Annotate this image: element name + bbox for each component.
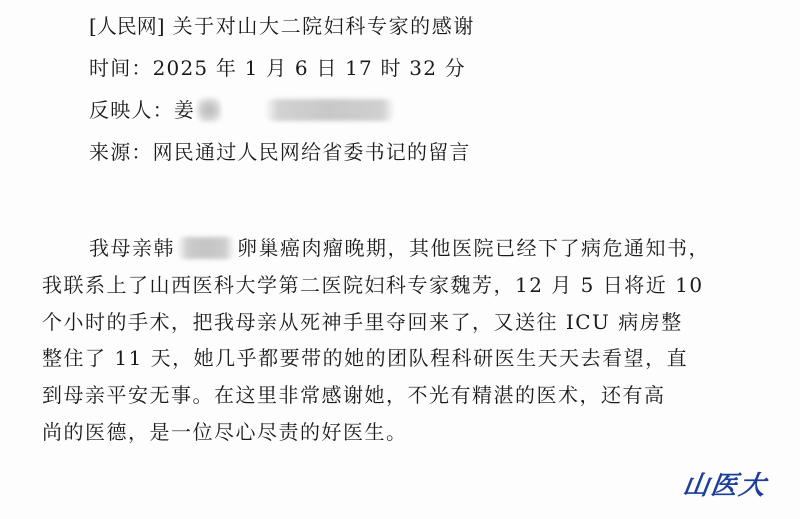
time-label: 时间： xyxy=(89,56,153,80)
origin-label: 来源： xyxy=(89,140,153,164)
title-text: 关于对山大二院妇科专家的感谢 xyxy=(173,14,475,38)
redacted-phone xyxy=(265,99,395,121)
redacted-patient-name xyxy=(177,237,235,259)
document-page: [人民网] 关于对山大二院妇科专家的感谢 时间：2025 年 1 月 6 日 1… xyxy=(0,0,800,519)
body-line: 到母亲平安无事。在这里非常感谢她，不光有精湛的医术，还有高 xyxy=(42,377,742,414)
reporter-label: 反映人： xyxy=(89,98,174,122)
letter-title: [人民网] 关于对山大二院妇科专家的感谢 xyxy=(89,10,749,52)
reporter-row: 反映人：姜 xyxy=(89,94,749,136)
body-line: 我联系上了山西医科大学第二医院妇科专家魏芳，12 月 5 日将近 10 xyxy=(42,267,742,304)
origin-row: 来源：网民通过人民网给省委书记的留言 xyxy=(89,136,749,178)
redacted-name xyxy=(197,98,221,122)
watermark-logo: 山医大 xyxy=(681,469,776,503)
origin-value: 网民通过人民网给省委书记的留言 xyxy=(153,140,471,164)
letter-header: [人民网] 关于对山大二院妇科专家的感谢 时间：2025 年 1 月 6 日 1… xyxy=(89,10,749,178)
body-line: 个小时的手术，把我母亲从死神手里夺回来了，又送往 ICU 病房整 xyxy=(42,304,742,341)
letter-body: 我母亲韩卵巢癌肉瘤晚期，其他医院已经下了病危通知书， 我联系上了山西医科大学第二… xyxy=(42,230,742,451)
time-value: 2025 年 1 月 6 日 17 时 32 分 xyxy=(153,56,466,80)
reporter-surname: 姜 xyxy=(174,98,195,122)
time-row: 时间：2025 年 1 月 6 日 17 时 32 分 xyxy=(89,52,749,94)
source-tag: [人民网] xyxy=(89,14,165,38)
body-line: 整住了 11 天，她几乎都要带的她的团队程科研医生天天去看望，直 xyxy=(42,340,742,377)
body-line-start: 我母亲韩 xyxy=(89,236,175,260)
body-line: 我母亲韩卵巢癌肉瘤晚期，其他医院已经下了病危通知书， xyxy=(42,230,742,267)
body-line-rest: 卵巢癌肉瘤晚期，其他医院已经下了病危通知书， xyxy=(237,236,710,260)
body-line: 尚的医德，是一位尽心尽责的好医生。 xyxy=(42,414,742,451)
